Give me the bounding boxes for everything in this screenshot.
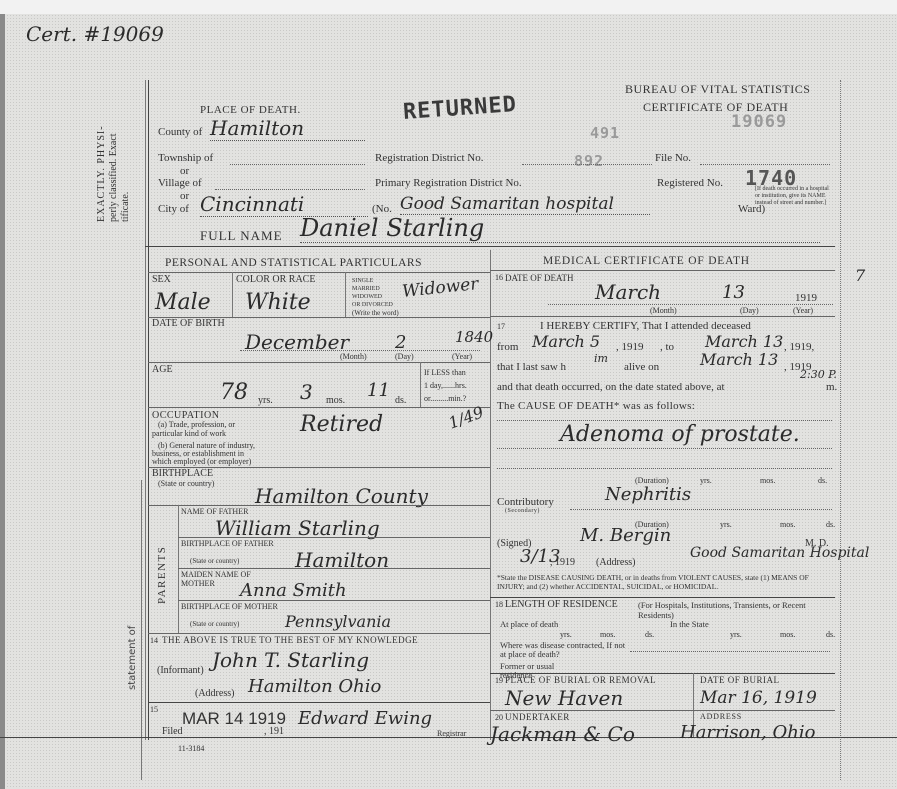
district-stamp-faint-2: 892 [574, 152, 604, 170]
race-marital-divider [345, 272, 346, 317]
primary-registration-label: Primary Registration District No. [375, 177, 522, 189]
bureau-title: BUREAU OF VITAL STATISTICS [625, 82, 810, 97]
dob-year-label: (Year) [452, 352, 472, 361]
residence-rule [490, 597, 835, 598]
mother-name-rule [178, 568, 490, 569]
form-left-border-inner [145, 80, 146, 740]
father-name-label: NAME OF FATHER [181, 507, 281, 516]
full-name-label: FULL NAME [200, 228, 283, 244]
registered-no-label: Registered No. [657, 177, 723, 189]
occupation-a-line-2: particular kind of work [152, 429, 226, 438]
sex-race-divider [232, 272, 233, 317]
burial-rule [490, 673, 835, 674]
last-saw-label: that I last saw h [497, 361, 566, 373]
village-line [215, 189, 365, 190]
undertaker-address-value: Harrison, Ohio [680, 722, 815, 743]
dod-month: March [595, 280, 661, 304]
county-label: County of [158, 126, 202, 138]
birthplace-sub: (State or country) [158, 479, 214, 488]
personal-heading: PERSONAL AND STATISTICAL PARTICULARS [165, 257, 422, 269]
time-of-death: 2:30 P. [800, 368, 837, 381]
from-year: , 1919 [616, 341, 644, 353]
dob-month-label: (Month) [340, 352, 367, 361]
file-no-line [700, 164, 830, 165]
column-divider [490, 250, 491, 740]
physician-signature: M. Bergin [580, 525, 671, 546]
parents-label: PARENTS [156, 546, 168, 604]
in-state-mos: mos. [780, 630, 795, 639]
margin-note-1: EXACTLY. PHYSI- [96, 125, 107, 222]
duration-mos-2: mos. [780, 520, 795, 529]
ds-label: ds. [395, 395, 406, 406]
right-edge [840, 80, 841, 780]
dod-line [548, 304, 833, 305]
margin-note-bottom: statement of [127, 626, 138, 690]
age-label: AGE [152, 364, 173, 375]
margin-note-3: tificate. [120, 192, 131, 222]
cause-line-3 [497, 468, 832, 469]
sex-label: SEX [152, 274, 171, 285]
marital-option-single: SINGLE [352, 277, 399, 285]
line-number-17: 17 [497, 322, 505, 331]
line-number-20: 20 [495, 713, 503, 722]
duration-ds-1: ds. [818, 476, 827, 485]
secondary-label: (Secondary) [505, 508, 540, 514]
scan-top-band [0, 0, 897, 14]
burial-place-value: New Haven [505, 686, 623, 710]
race-value: White [245, 290, 311, 315]
line-number-14: 14 [150, 636, 158, 645]
in-state-ds: ds. [826, 630, 835, 639]
sex-value: Male [155, 290, 211, 315]
full-name-value: Daniel Starling [300, 214, 820, 243]
marital-option-divorced: OR DIVORCED [352, 301, 399, 309]
where-contracted-line [630, 651, 830, 652]
margin-note-2: perly classified. Exact [108, 133, 119, 222]
alive-on-value: March 13 [700, 350, 778, 369]
informant-statement: THE ABOVE IS TRUE TO THE BEST OF MY KNOW… [162, 635, 418, 645]
contributory-line [570, 509, 832, 510]
occupation-b-line-3: which employed (or employer) [152, 457, 251, 466]
last-saw-him: im [594, 352, 608, 365]
at-place-yrs: yrs. [560, 630, 572, 639]
dob-year: 1840 [455, 328, 493, 346]
marital-options: SINGLE MARRIED WIDOWED OR DIVORCED (Writ… [352, 277, 399, 317]
contributory-value: Nephritis [605, 484, 691, 505]
informant-value: John T. Starling [212, 648, 369, 672]
dod-month-label: (Month) [650, 306, 677, 315]
at-place-label: At place of death [500, 620, 560, 629]
signed-year: , 1919 [550, 557, 575, 568]
to-value: March 13 [705, 332, 783, 351]
filed-label: Filed [162, 726, 183, 737]
file-no-label: File No. [655, 152, 691, 164]
cause-footnote: *State the DISEASE CAUSING DEATH, or in … [497, 573, 832, 591]
informant-label: (Informant) [157, 665, 204, 676]
occupation-value: Retired [300, 412, 383, 437]
dob-day-label: (Day) [395, 352, 414, 361]
scan-left-edge [0, 14, 5, 789]
cause-line-1 [497, 420, 832, 421]
mother-name-value: Anna Smith [240, 580, 347, 601]
burial-date-value: Mar 16, 1919 [700, 688, 817, 708]
burial-date-label: DATE OF BURIAL [700, 675, 780, 685]
address-label: (Address) [195, 688, 234, 699]
line-number-16: 16 [495, 273, 503, 282]
township-line [230, 164, 365, 165]
cause-label: The CAUSE OF DEATH* was as follows: [497, 400, 695, 412]
occupation-rule [148, 407, 490, 408]
form-number: 11-3184 [178, 744, 204, 753]
parents-rule [148, 505, 490, 506]
dod-label: DATE OF DEATH [505, 273, 574, 283]
dod-day: 13 [722, 282, 745, 303]
mos-label: mos. [326, 395, 345, 406]
duration-yrs-1: yrs. [700, 476, 712, 485]
length-residence-label: LENGTH OF RESIDENCE [505, 599, 618, 610]
duration-mos-1: mos. [760, 476, 775, 485]
age-days: 11 [367, 380, 390, 401]
filed-year-suffix: , 191 [264, 726, 284, 737]
in-state-yrs: yrs. [730, 630, 742, 639]
dod-day-label: (Day) [740, 306, 759, 315]
certify-text: I HEREBY CERTIFY, That I attended deceas… [540, 320, 751, 332]
father-bp-label: BIRTHPLACE OF FATHER [181, 539, 281, 548]
line-number-15: 15 [150, 705, 158, 714]
duration-yrs-2: yrs. [720, 520, 732, 529]
dod-year-label: (Year) [793, 306, 813, 315]
father-bp-rule [178, 537, 490, 538]
medical-heading-rule [490, 270, 835, 271]
undertaker-value: Jackman & Co [490, 722, 635, 746]
at-place-ds: ds. [645, 630, 654, 639]
dod-year: 1919 [795, 292, 817, 304]
from-label: from [497, 341, 518, 353]
contributory-label: Contributory [497, 496, 554, 508]
age-months: 3 [300, 380, 313, 404]
to-label: , to [660, 341, 674, 353]
marital-option-married: MARRIED [352, 285, 399, 293]
dob-line [240, 350, 480, 351]
mother-bp-rule [178, 600, 490, 601]
cert-number-annotation: Cert. #19069 [26, 22, 164, 46]
divider-fullname [145, 246, 835, 247]
cause-line-2 [497, 448, 832, 449]
place-of-death-heading: PLACE OF DEATH. [200, 104, 301, 116]
form-left-border-2 [141, 480, 142, 780]
medical-heading: MEDICAL CERTIFICATE OF DEATH [543, 255, 750, 267]
duration-ds-2: ds. [826, 520, 835, 529]
marital-option-widowed: WIDOWED [352, 293, 399, 301]
from-value: March 5 [532, 332, 600, 351]
registration-district-label: Registration District No. [375, 152, 483, 164]
filed-rule [148, 702, 490, 703]
physician-address-label: (Address) [596, 557, 635, 568]
m-label: m. [826, 381, 837, 393]
mother-bp-label: BIRTHPLACE OF MOTHER [181, 602, 281, 611]
or-1: or [180, 165, 189, 177]
certify-rule [490, 316, 835, 317]
file-stamp-faint: 19069 [731, 112, 787, 132]
death-occurred-text: and that death occurred, on the date sta… [497, 381, 725, 393]
less-than-line-1: If LESS than [424, 366, 467, 379]
in-state-label: In the State [670, 620, 710, 629]
occupation-a-line-1: (a) Trade, profession, or [158, 420, 235, 429]
to-year: , 1919, [784, 341, 814, 353]
township-label: Township of [158, 152, 213, 164]
informant-rule [148, 633, 490, 634]
birthplace-label: BIRTHPLACE [152, 468, 213, 479]
informant-address-value: Hamilton Ohio [248, 676, 381, 697]
hospital-value: Good Samaritan hospital [400, 194, 650, 215]
district-stamp-faint-1: 491 [590, 124, 620, 142]
race-label: COLOR OR RACE [236, 274, 315, 285]
mother-bp-sub: (State or country) [190, 620, 239, 628]
registrar-signature: Edward Ewing [298, 708, 432, 729]
physician-address-value: Good Samaritan Hospital [690, 545, 869, 561]
yrs-label: yrs. [258, 395, 273, 406]
less-than-line-3: or.........min.? [424, 392, 467, 405]
mother-bp-value: Pennsylvania [285, 612, 391, 631]
parents-divider [178, 505, 179, 633]
right-margin-mark: 7 [855, 266, 865, 285]
line-number-18: 18 [495, 600, 503, 609]
marital-option-note: (Write the word) [352, 309, 399, 317]
undertaker-address-label: ADDRESS [700, 712, 742, 721]
length-residence-sub: (For Hospitals, Institutions, Transients… [638, 600, 833, 620]
county-value: Hamilton [210, 116, 365, 141]
undertaker-rule [490, 710, 835, 711]
city-label: City of [158, 203, 189, 215]
age-years: 78 [220, 380, 248, 405]
age-rule [148, 362, 490, 363]
less-than-block: If LESS than 1 day,......hrs. or........… [424, 366, 467, 405]
burial-place-label: PLACE OF BURIAL OR REMOVAL [505, 675, 656, 685]
undertaker-label: UNDERTAKER [505, 712, 570, 722]
where-contracted-label: Where was disease contracted, If not at … [500, 641, 630, 659]
personal-heading-rule [148, 272, 490, 273]
alive-on-label: alive on [624, 361, 659, 373]
or-2: or [180, 190, 189, 202]
at-place-mos: mos. [600, 630, 615, 639]
dob-label: DATE OF BIRTH [152, 318, 225, 329]
father-bp-sub: (State or country) [190, 557, 239, 565]
less-than-divider [420, 362, 421, 407]
less-than-line-2: 1 day,......hrs. [424, 379, 467, 392]
cause-value: Adenoma of prostate. [560, 422, 800, 447]
line-number-19: 19 [495, 676, 503, 685]
hospital-note: [If death occurred in a hospital or inst… [755, 186, 835, 207]
registration-district-line [522, 164, 652, 165]
registrar-label: Registrar [437, 729, 466, 738]
form-left-border [148, 80, 149, 740]
village-label: Village of [158, 177, 202, 189]
